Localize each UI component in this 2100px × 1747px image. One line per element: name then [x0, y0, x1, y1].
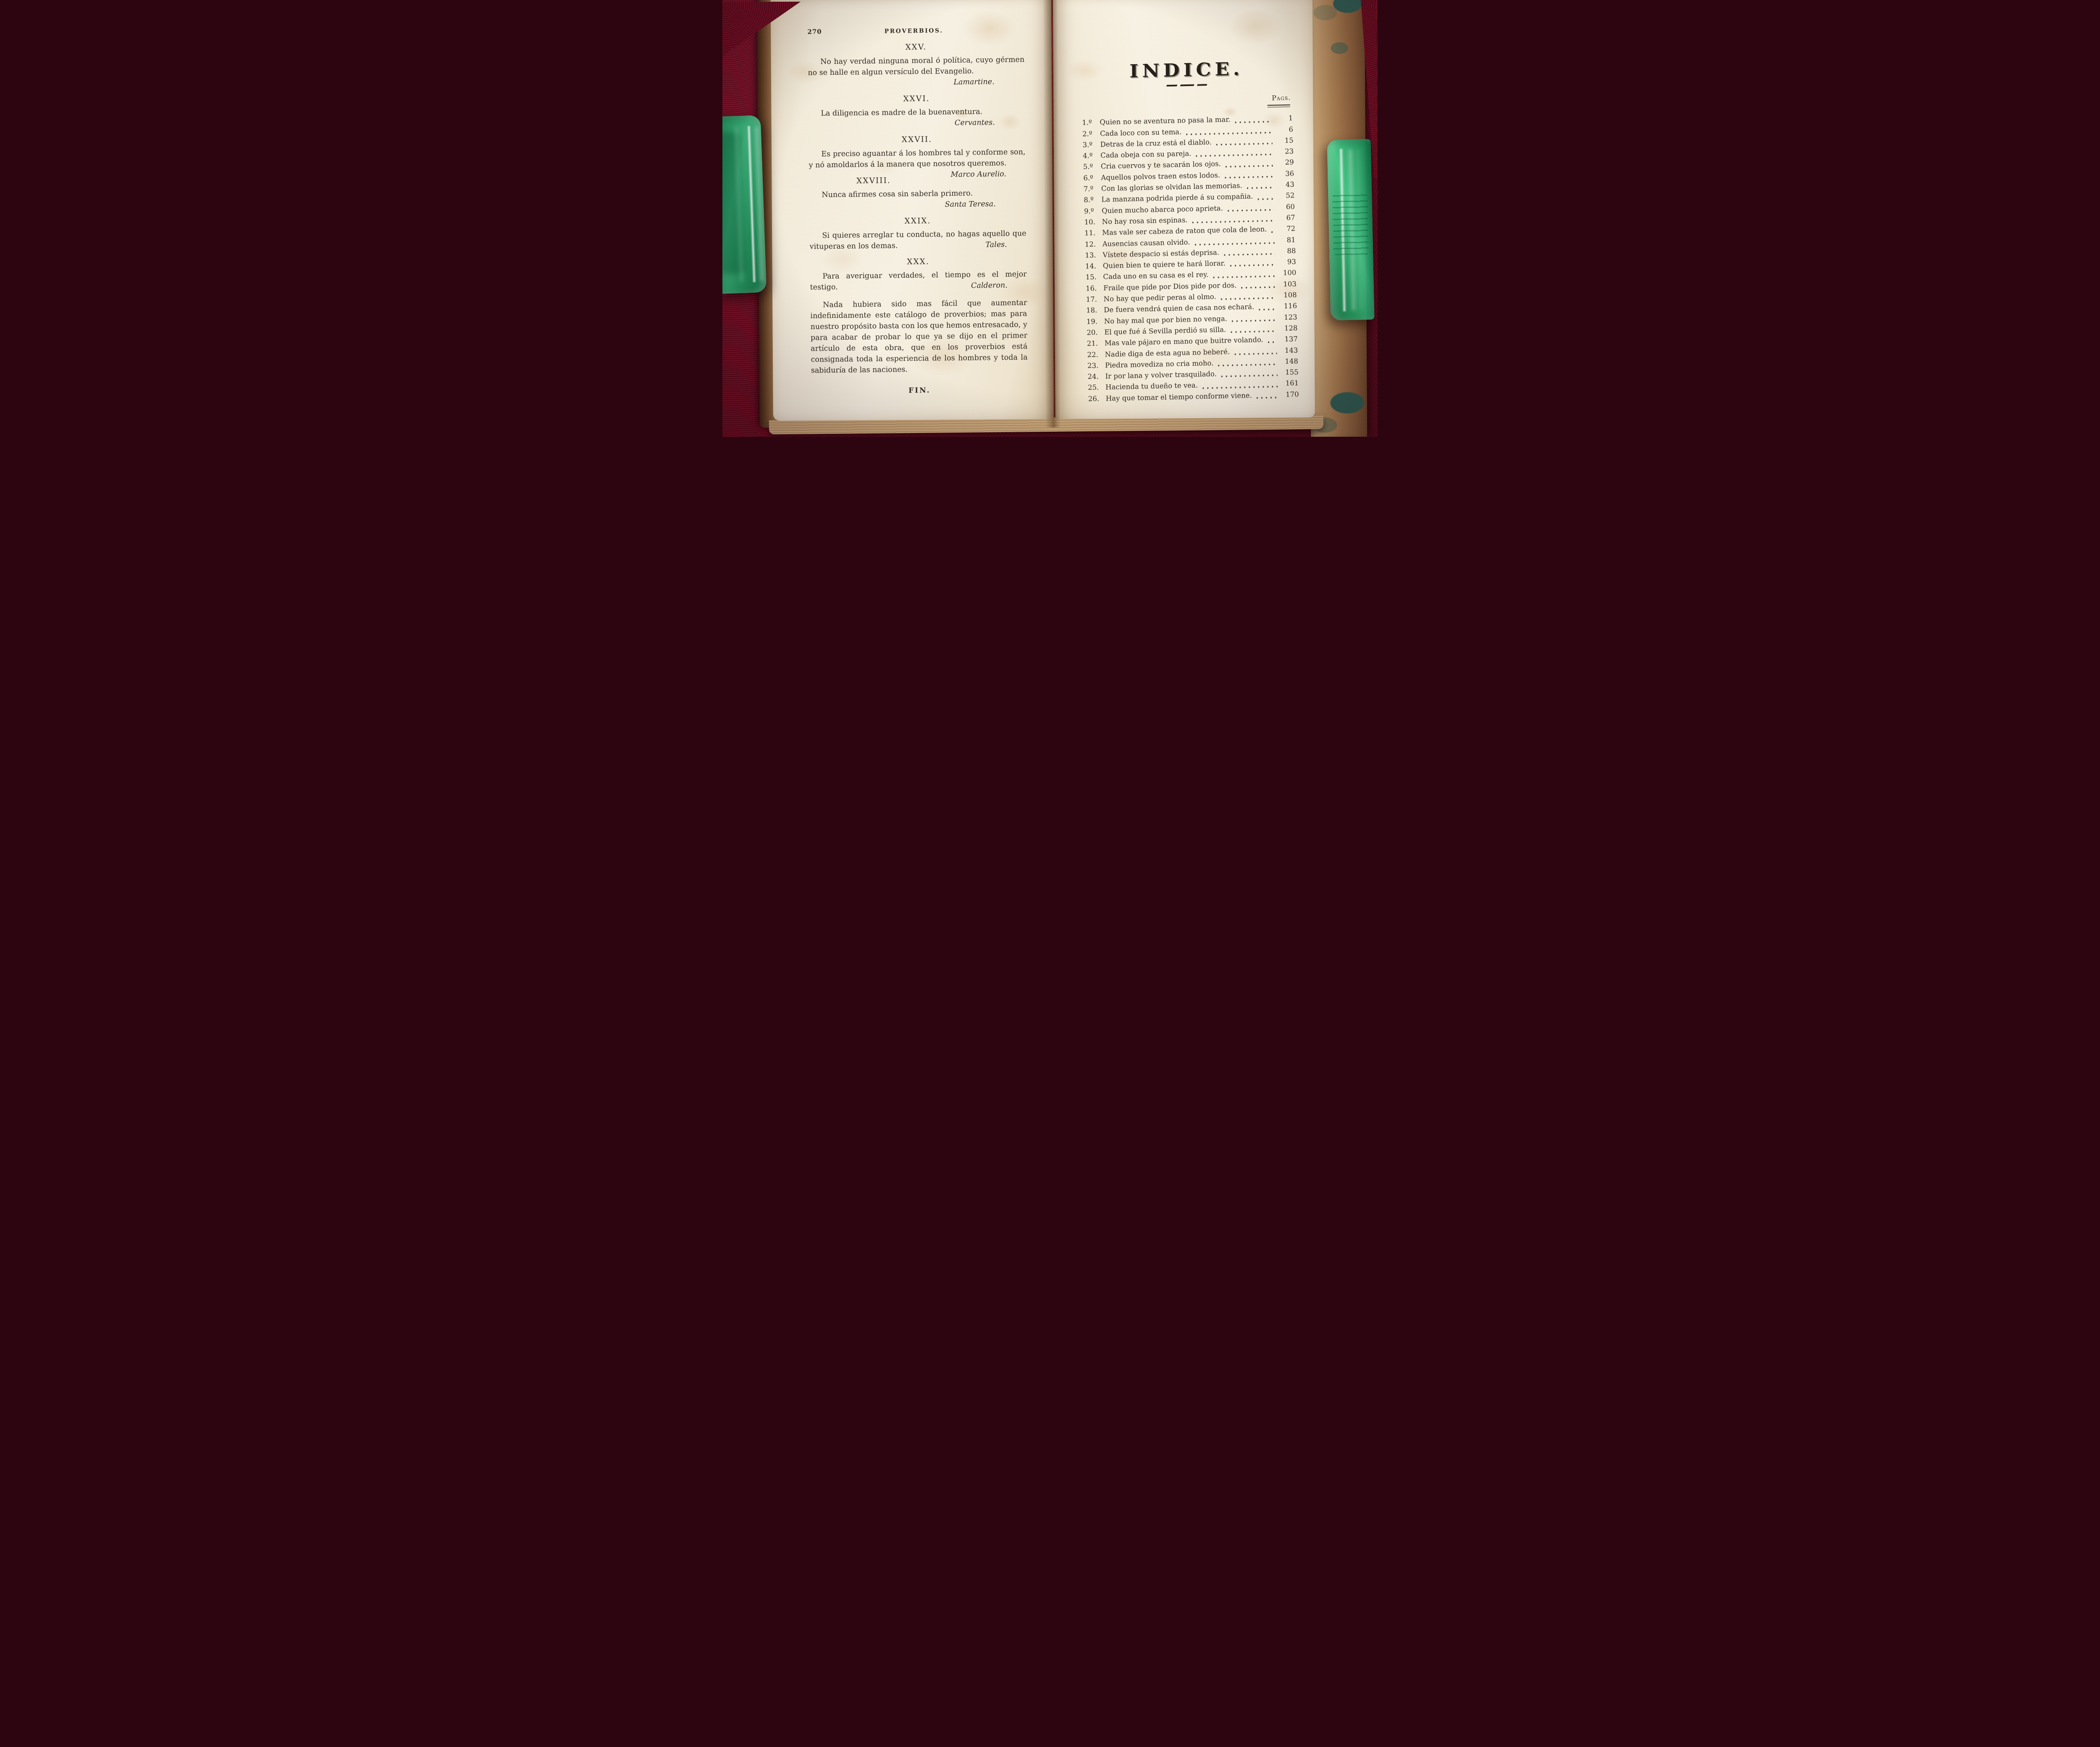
- section-numeral: XXVI.: [808, 92, 1025, 105]
- proverb-section: XXIX. Si quieres arreglar tu conducta, n…: [809, 215, 1026, 252]
- entry-number: 2.º: [1082, 128, 1100, 139]
- entry-number: 3.º: [1082, 139, 1100, 150]
- dot-leader: [1219, 295, 1276, 302]
- dot-leader: [1223, 173, 1273, 181]
- dot-leader: [1245, 184, 1273, 191]
- dot-leader: [1229, 328, 1276, 335]
- dot-leader: [1224, 163, 1273, 170]
- right-green-clip: [1327, 139, 1375, 320]
- dot-leader: [1220, 372, 1278, 380]
- entry-number: 14.: [1085, 261, 1103, 272]
- entry-number: 25.: [1088, 382, 1106, 393]
- entry-page-number: 60: [1276, 201, 1295, 212]
- entry-page-number: 155: [1280, 367, 1299, 378]
- entry-page-number: 123: [1278, 312, 1297, 323]
- entry-number: 5.º: [1083, 161, 1101, 173]
- entry-number: 8.º: [1084, 194, 1102, 206]
- entry-number: 23.: [1087, 360, 1105, 371]
- dot-leader: [1222, 251, 1275, 258]
- book-gutter-shadow: [1043, 0, 1060, 428]
- page-number: 270: [807, 26, 822, 37]
- entry-page-number: 72: [1277, 223, 1296, 235]
- section-author: Calderon.: [958, 280, 1008, 291]
- entry-page-number: 93: [1278, 257, 1297, 268]
- section-body: Para averiguar verdades, el tiempo es el…: [810, 269, 1027, 293]
- dot-leader: [1230, 317, 1276, 324]
- section-numeral: XXX.: [810, 255, 1026, 268]
- section-body: Si quieres arreglar tu conducta, no haga…: [809, 228, 1026, 252]
- section-body: Es preciso aguantar á los hombres tal y …: [808, 147, 1026, 171]
- entry-page-number: 128: [1279, 323, 1298, 334]
- title-flourish: [1166, 84, 1207, 87]
- entry-page-number: 143: [1279, 345, 1298, 356]
- entry-number: 10.: [1084, 217, 1102, 228]
- entry-number: 12.: [1085, 239, 1103, 250]
- section-numeral: XXV.: [808, 41, 1024, 54]
- dot-leader: [1215, 140, 1273, 148]
- entry-page-number: 108: [1278, 290, 1297, 301]
- entry-number: 7.º: [1084, 184, 1102, 195]
- dot-leader: [1257, 306, 1276, 312]
- entry-number: 16.: [1086, 283, 1104, 294]
- dot-leader: [1255, 394, 1278, 401]
- entry-number: 11.: [1084, 228, 1102, 239]
- entry-number: 9.º: [1084, 205, 1102, 217]
- section-numeral: XXIX.: [809, 215, 1026, 228]
- left-page-text: 270 PROVERBIOS. XXV. No hay verdad ningu…: [807, 24, 1028, 397]
- entry-page-number: 6: [1275, 124, 1294, 135]
- entry-page-number: 43: [1276, 179, 1295, 191]
- dot-leader: [1266, 339, 1277, 345]
- pages-header-rule: [1268, 105, 1290, 108]
- entry-number: 17.: [1086, 294, 1104, 305]
- entry-page-number: 67: [1276, 212, 1295, 223]
- proverb-sections: XXV. No hay verdad ninguna moral ó polít…: [808, 41, 1027, 293]
- section-author: Marco Aurelio.: [938, 169, 1006, 181]
- entry-page-number: 36: [1276, 168, 1294, 179]
- right-page-text: INDICE. Pags. 1.º Quien no se aventura n…: [1081, 58, 1299, 405]
- open-book: 270 PROVERBIOS. XXV. No hay verdad ningu…: [722, 0, 1378, 437]
- section-author: Cervantes.: [808, 117, 1025, 130]
- entry-page-number: 137: [1279, 334, 1298, 345]
- dot-leader: [1270, 228, 1274, 235]
- entry-number: 21.: [1087, 338, 1105, 349]
- entry-number: 22.: [1087, 349, 1105, 360]
- entry-page-number: 81: [1277, 234, 1296, 246]
- section-body: No hay verdad ninguna moral ó política, …: [808, 54, 1025, 78]
- entry-page-number: 52: [1276, 190, 1295, 202]
- entry-number: 6.º: [1083, 172, 1101, 184]
- entry-page-number: 148: [1280, 356, 1299, 367]
- entry-page-number: 100: [1278, 268, 1297, 279]
- entry-page-number: 88: [1277, 245, 1296, 257]
- section-author: Lamartine.: [808, 76, 1025, 89]
- entry-number: 15.: [1085, 272, 1103, 283]
- section-numeral: XXVII.: [808, 133, 1025, 146]
- dot-leader: [1233, 118, 1272, 125]
- entry-page-number: 161: [1280, 378, 1299, 389]
- index-entries: 1.º Quien no se aventura no pasa la mar.…: [1082, 113, 1299, 405]
- entry-page-number: 29: [1275, 157, 1294, 168]
- entry-page-number: 23: [1275, 146, 1294, 157]
- closing-paragraph: Nada hubiera sido mas fácil que aumentar…: [810, 297, 1028, 376]
- dot-leader: [1228, 262, 1275, 269]
- dot-leader: [1233, 350, 1277, 357]
- proverb-section: XXV. No hay verdad ninguna moral ó polít…: [808, 41, 1025, 89]
- entry-page-number: 116: [1278, 301, 1297, 312]
- running-title: PROVERBIOS.: [822, 24, 1024, 37]
- book-photo: 270 PROVERBIOS. XXV. No hay verdad ningu…: [722, 0, 1378, 437]
- section-author: Santa Teresa.: [809, 198, 1026, 211]
- dot-leader: [1256, 195, 1273, 202]
- proverb-section: XXX. Para averiguar verdades, el tiempo …: [810, 255, 1027, 293]
- dot-leader: [1216, 361, 1277, 369]
- entry-number: 26.: [1088, 393, 1106, 404]
- dot-leader: [1226, 207, 1274, 214]
- entry-number: 20.: [1087, 327, 1105, 338]
- entry-number: 24.: [1087, 371, 1105, 383]
- proverb-section: XXVI. La diligencia es madre de la buena…: [808, 92, 1025, 130]
- running-header: 270 PROVERBIOS.: [807, 24, 1024, 37]
- entry-page-number: 1: [1274, 113, 1293, 124]
- pages-column-header: Pags.: [1081, 92, 1292, 108]
- entry-number: 19.: [1087, 316, 1105, 327]
- entry-page-number: 103: [1278, 278, 1297, 290]
- dot-leader: [1239, 284, 1276, 291]
- entry-number: 4.º: [1083, 150, 1101, 162]
- left-green-clip: [722, 115, 766, 294]
- section-author: Tales.: [973, 239, 1007, 251]
- entry-number: 1.º: [1082, 117, 1100, 129]
- entry-number: 13.: [1085, 249, 1103, 261]
- entry-number: 18.: [1086, 305, 1104, 316]
- fin-label: FIN.: [811, 384, 1028, 397]
- proverb-section: XXVII. Es preciso aguantar á los hombres…: [808, 133, 1026, 171]
- entry-page-number: 15: [1275, 135, 1294, 146]
- index-title: INDICE.: [1081, 59, 1292, 81]
- entry-page-number: 170: [1280, 389, 1299, 400]
